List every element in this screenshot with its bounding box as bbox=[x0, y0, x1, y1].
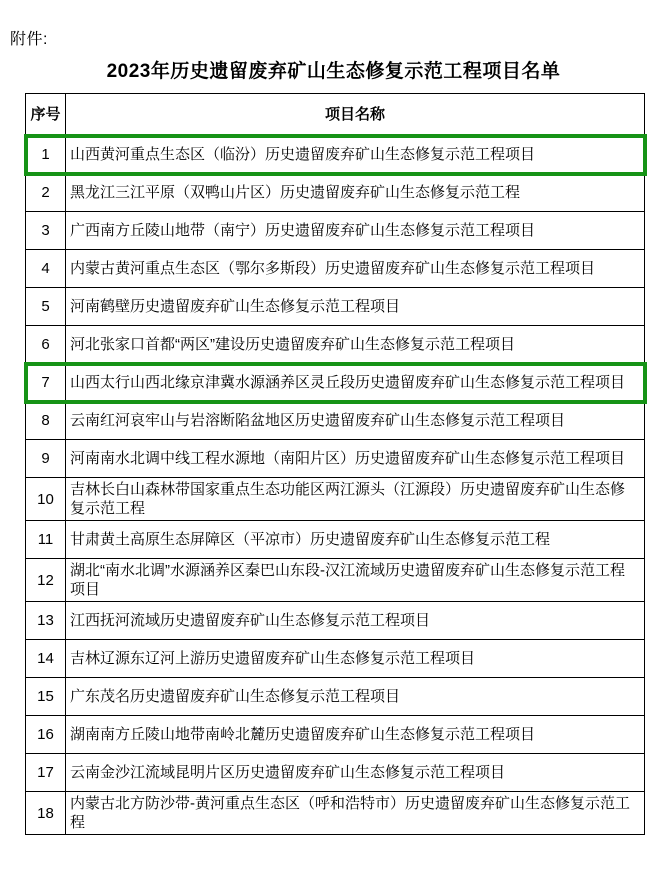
table-row: 4内蒙古黄河重点生态区（鄂尔多斯段）历史遗留废弃矿山生态修复示范工程项目 bbox=[26, 250, 645, 288]
row-index-cell: 6 bbox=[26, 326, 66, 364]
table-row: 3广西南方丘陵山地带（南宁）历史遗留废弃矿山生态修复示范工程项目 bbox=[26, 212, 645, 250]
row-name-cell: 河南鹤壁历史遗留废弃矿山生态修复示范工程项目 bbox=[66, 288, 645, 326]
row-index-cell: 16 bbox=[26, 716, 66, 754]
row-index-cell: 14 bbox=[26, 640, 66, 678]
row-index-cell: 7 bbox=[26, 364, 66, 402]
page-title: 2023年历史遗留废弃矿山生态修复示范工程项目名单 bbox=[0, 56, 667, 83]
table-row-highlighted: 1山西黄河重点生态区（临汾）历史遗留废弃矿山生态修复示范工程项目 bbox=[26, 136, 645, 174]
table-row: 2黑龙江三江平原（双鸭山片区）历史遗留废弃矿山生态修复示范工程 bbox=[26, 174, 645, 212]
row-index-cell: 3 bbox=[26, 212, 66, 250]
row-name-cell: 江西抚河流域历史遗留废弃矿山生态修复示范工程项目 bbox=[66, 602, 645, 640]
row-index-cell: 8 bbox=[26, 402, 66, 440]
row-name-cell: 甘肃黄土高原生态屏障区（平凉市）历史遗留废弃矿山生态修复示范工程 bbox=[66, 521, 645, 559]
table-row: 16湖南南方丘陵山地带南岭北麓历史遗留废弃矿山生态修复示范工程项目 bbox=[26, 716, 645, 754]
row-index-cell: 15 bbox=[26, 678, 66, 716]
project-table: 序号 项目名称 1山西黄河重点生态区（临汾）历史遗留废弃矿山生态修复示范工程项目… bbox=[25, 93, 645, 835]
table-row: 9河南南水北调中线工程水源地（南阳片区）历史遗留废弃矿山生态修复示范工程项目 bbox=[26, 440, 645, 478]
table-header-row: 序号 项目名称 bbox=[26, 94, 645, 136]
row-name-cell: 吉林辽源东辽河上游历史遗留废弃矿山生态修复示范工程项目 bbox=[66, 640, 645, 678]
table-row: 13江西抚河流域历史遗留废弃矿山生态修复示范工程项目 bbox=[26, 602, 645, 640]
row-name-cell: 内蒙古黄河重点生态区（鄂尔多斯段）历史遗留废弃矿山生态修复示范工程项目 bbox=[66, 250, 645, 288]
row-index-cell: 12 bbox=[26, 559, 66, 602]
row-index-cell: 4 bbox=[26, 250, 66, 288]
table-body: 1山西黄河重点生态区（临汾）历史遗留废弃矿山生态修复示范工程项目2黑龙江三江平原… bbox=[26, 136, 645, 835]
row-name-cell: 山西太行山西北缘京津冀水源涵养区灵丘段历史遗留废弃矿山生态修复示范工程项目 bbox=[66, 364, 645, 402]
table-row: 6河北张家口首都“两区”建设历史遗留废弃矿山生态修复示范工程项目 bbox=[26, 326, 645, 364]
table-row: 5河南鹤壁历史遗留废弃矿山生态修复示范工程项目 bbox=[26, 288, 645, 326]
row-index-cell: 18 bbox=[26, 792, 66, 835]
row-index-cell: 13 bbox=[26, 602, 66, 640]
column-header-index: 序号 bbox=[26, 94, 66, 136]
table-row: 18内蒙古北方防沙带-黄河重点生态区（呼和浩特市）历史遗留废弃矿山生态修复示范工… bbox=[26, 792, 645, 835]
table-row: 12湖北“南水北调”水源涵养区秦巴山东段-汉江流域历史遗留废弃矿山生态修复示范工… bbox=[26, 559, 645, 602]
row-name-cell: 湖南南方丘陵山地带南岭北麓历史遗留废弃矿山生态修复示范工程项目 bbox=[66, 716, 645, 754]
row-index-cell: 1 bbox=[26, 136, 66, 174]
column-header-name: 项目名称 bbox=[66, 94, 645, 136]
row-index-cell: 5 bbox=[26, 288, 66, 326]
document-page: 附件: 2023年历史遗留废弃矿山生态修复示范工程项目名单 序号 项目名称 1山… bbox=[0, 0, 667, 876]
row-index-cell: 10 bbox=[26, 478, 66, 521]
row-index-cell: 9 bbox=[26, 440, 66, 478]
table-row: 11甘肃黄土高原生态屏障区（平凉市）历史遗留废弃矿山生态修复示范工程 bbox=[26, 521, 645, 559]
row-name-cell: 内蒙古北方防沙带-黄河重点生态区（呼和浩特市）历史遗留废弃矿山生态修复示范工程 bbox=[66, 792, 645, 835]
row-name-cell: 河南南水北调中线工程水源地（南阳片区）历史遗留废弃矿山生态修复示范工程项目 bbox=[66, 440, 645, 478]
table-row-highlighted: 7山西太行山西北缘京津冀水源涵养区灵丘段历史遗留废弃矿山生态修复示范工程项目 bbox=[26, 364, 645, 402]
row-name-cell: 云南金沙江流域昆明片区历史遗留废弃矿山生态修复示范工程项目 bbox=[66, 754, 645, 792]
row-index-cell: 11 bbox=[26, 521, 66, 559]
table-row: 8云南红河哀牢山与岩溶断陷盆地区历史遗留废弃矿山生态修复示范工程项目 bbox=[26, 402, 645, 440]
row-name-cell: 黑龙江三江平原（双鸭山片区）历史遗留废弃矿山生态修复示范工程 bbox=[66, 174, 645, 212]
table-header: 序号 项目名称 bbox=[26, 94, 645, 136]
row-name-cell: 吉林长白山森林带国家重点生态功能区两江源头（江源段）历史遗留废弃矿山生态修复示范… bbox=[66, 478, 645, 521]
row-index-cell: 17 bbox=[26, 754, 66, 792]
row-name-cell: 广东茂名历史遗留废弃矿山生态修复示范工程项目 bbox=[66, 678, 645, 716]
table-row: 10吉林长白山森林带国家重点生态功能区两江源头（江源段）历史遗留废弃矿山生态修复… bbox=[26, 478, 645, 521]
row-index-cell: 2 bbox=[26, 174, 66, 212]
row-name-cell: 湖北“南水北调”水源涵养区秦巴山东段-汉江流域历史遗留废弃矿山生态修复示范工程项… bbox=[66, 559, 645, 602]
table-row: 14吉林辽源东辽河上游历史遗留废弃矿山生态修复示范工程项目 bbox=[26, 640, 645, 678]
table-row: 17云南金沙江流域昆明片区历史遗留废弃矿山生态修复示范工程项目 bbox=[26, 754, 645, 792]
attachment-label: 附件: bbox=[10, 26, 48, 49]
row-name-cell: 河北张家口首都“两区”建设历史遗留废弃矿山生态修复示范工程项目 bbox=[66, 326, 645, 364]
row-name-cell: 广西南方丘陵山地带（南宁）历史遗留废弃矿山生态修复示范工程项目 bbox=[66, 212, 645, 250]
row-name-cell: 云南红河哀牢山与岩溶断陷盆地区历史遗留废弃矿山生态修复示范工程项目 bbox=[66, 402, 645, 440]
row-name-cell: 山西黄河重点生态区（临汾）历史遗留废弃矿山生态修复示范工程项目 bbox=[66, 136, 645, 174]
table-row: 15广东茂名历史遗留废弃矿山生态修复示范工程项目 bbox=[26, 678, 645, 716]
